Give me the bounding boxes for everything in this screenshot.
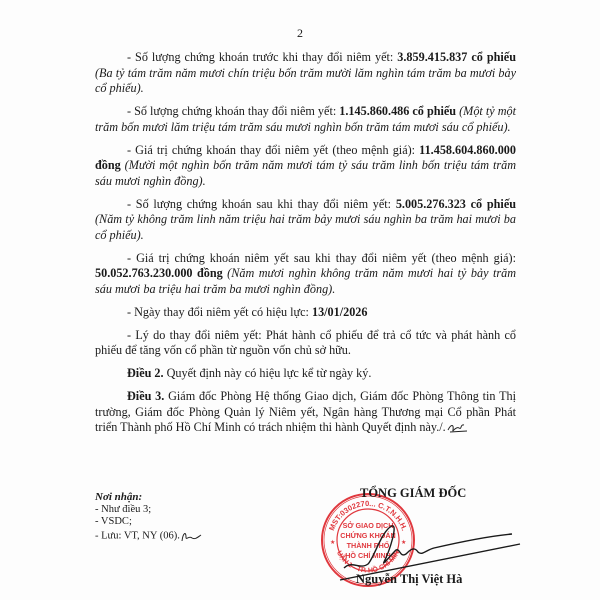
initial-mark-icon (180, 529, 202, 543)
shares-after-label: - Số lượng chứng khoán sau khi thay đổi … (127, 197, 396, 211)
shares-change-value: 1.145.860.486 cổ phiếu (339, 104, 456, 118)
shares-after-value: 5.005.276.323 cổ phiếu (396, 197, 516, 211)
signer-title: TỔNG GIÁM ĐỐC (360, 486, 466, 501)
effective-date-paragraph: - Ngày thay đổi niêm yết có hiệu lực: 13… (95, 305, 516, 321)
article-2-heading: Điều 2. (127, 366, 164, 380)
after-value-paragraph: - Giá trị chứng khoán niêm yết sau khi t… (95, 251, 516, 298)
shares-after-paragraph: - Số lượng chứng khoán sau khi thay đổi … (95, 197, 516, 244)
shares-change-paragraph: - Số lượng chứng khoán thay đổi niêm yết… (95, 104, 516, 135)
document-body: - Số lượng chứng khoán trước khi thay đổ… (95, 50, 516, 443)
shares-change-label: - Số lượng chứng khoán thay đổi niêm yết… (127, 104, 339, 118)
recipient-item-text: - Lưu: VT, NY (06). (95, 530, 180, 541)
after-value-label: - Giá trị chứng khoán niêm yết sau khi t… (127, 251, 516, 265)
article-3-heading: Điều 3. (127, 389, 164, 403)
article-3-paragraph: Điều 3. Giám đốc Phòng Hệ thống Giao dịc… (95, 389, 516, 436)
reason-paragraph: - Lý do thay đổi niêm yết: Phát hành cổ … (95, 328, 516, 359)
shares-before-words: (Ba tỷ tám trăm năm mươi chín triệu bốn … (95, 66, 516, 96)
recipients-heading: Nơi nhận: (95, 491, 202, 504)
document-page: 2 - Số lượng chứng khoán trước khi thay … (0, 0, 600, 600)
after-value-amount: 50.052.763.230.000 đồng (95, 266, 223, 280)
change-value-paragraph: - Giá trị chứng khoán thay đổi niêm yết … (95, 143, 516, 190)
recipient-item: - Như điều 3; (95, 504, 202, 517)
page-number: 2 (0, 26, 600, 41)
change-value-label: - Giá trị chứng khoán thay đổi niêm yết … (127, 143, 419, 157)
recipient-item: - VSDC; (95, 516, 202, 529)
recipients-block: Nơi nhận: - Như điều 3; - VSDC; - Lưu: V… (95, 491, 202, 543)
shares-before-paragraph: - Số lượng chứng khoán trước khi thay đổ… (95, 50, 516, 97)
recipient-item: - Lưu: VT, NY (06). (95, 529, 202, 543)
shares-before-value: 3.859.415.837 cổ phiếu (397, 50, 516, 64)
signer-name: Nguyễn Thị Việt Hà (356, 572, 462, 587)
effective-date-value: 13/01/2026 (312, 305, 368, 319)
article-2-paragraph: Điều 2. Quyết định này có hiệu lực kể từ… (95, 366, 516, 382)
change-value-words: (Mười một nghìn bốn trăm năm mươi tám tỷ… (95, 158, 516, 188)
effective-date-label: - Ngày thay đổi niêm yết có hiệu lực: (127, 305, 312, 319)
shares-before-label: - Số lượng chứng khoán trước khi thay đổ… (127, 50, 397, 64)
initial-mark-icon (446, 422, 468, 434)
shares-after-words: (Năm tỷ không trăm linh năm triệu hai tr… (95, 212, 516, 242)
article-2-text: Quyết định này có hiệu lực kể từ ngày ký… (164, 366, 372, 380)
